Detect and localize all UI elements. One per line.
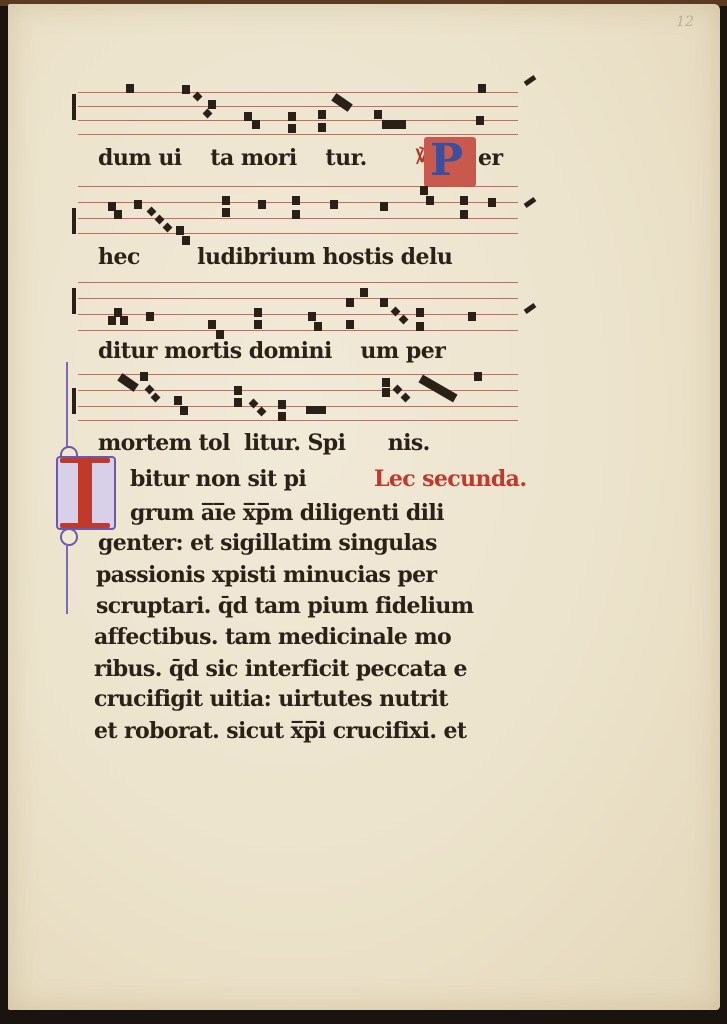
- c-clef-icon: [72, 208, 76, 234]
- decorated-initial-p: P: [424, 137, 476, 187]
- text-line-9: crucifigit uitia: uirtutes nutrit: [94, 686, 448, 712]
- lyric-line-1: dum ui ta mori tur.: [98, 145, 367, 171]
- text-line-1: mortem tol litur. Spi nis.: [98, 430, 430, 456]
- music-staff-2: [78, 186, 518, 230]
- text-line-4: genter: et sigillatim singulas: [98, 530, 437, 556]
- text-line-3: grum a̅i̅e x̅p̅m diligenti dili: [130, 500, 444, 526]
- music-staff-3: [78, 280, 518, 324]
- c-clef-icon: [72, 288, 76, 314]
- text-line-6: scruptari. q̄d tam pium fidelium: [96, 593, 473, 619]
- penwork-roundel: [60, 528, 78, 546]
- lyric-line-2: hec ludibrium hostis delu: [98, 244, 452, 270]
- music-staff-4: [78, 372, 518, 416]
- text-line-7: affectibus. tam medicinale mo: [94, 624, 451, 650]
- folio-number: 12: [676, 14, 694, 30]
- text-line-8: ribus. q̄d sic interficit peccata e: [94, 656, 467, 682]
- c-clef-icon: [72, 94, 76, 120]
- decorated-initial-i: [56, 456, 116, 530]
- music-staff-1: [78, 88, 518, 132]
- text-line-10: et roborat. sicut x̅p̅i crucifixi. et: [94, 718, 466, 744]
- lyric-line-3: ditur mortis domini um per: [98, 338, 445, 364]
- rubric-lesson-title: Lec secunda.: [374, 466, 526, 492]
- text-line-5: passionis xpisti minucias per: [96, 562, 437, 588]
- penwork-flourish-top: [66, 362, 68, 457]
- c-clef-icon: [72, 388, 76, 414]
- lyric-after-initial: er: [478, 145, 503, 171]
- penwork-flourish-bottom: [66, 544, 68, 614]
- text-line-2: bitur non sit pi: [130, 466, 306, 492]
